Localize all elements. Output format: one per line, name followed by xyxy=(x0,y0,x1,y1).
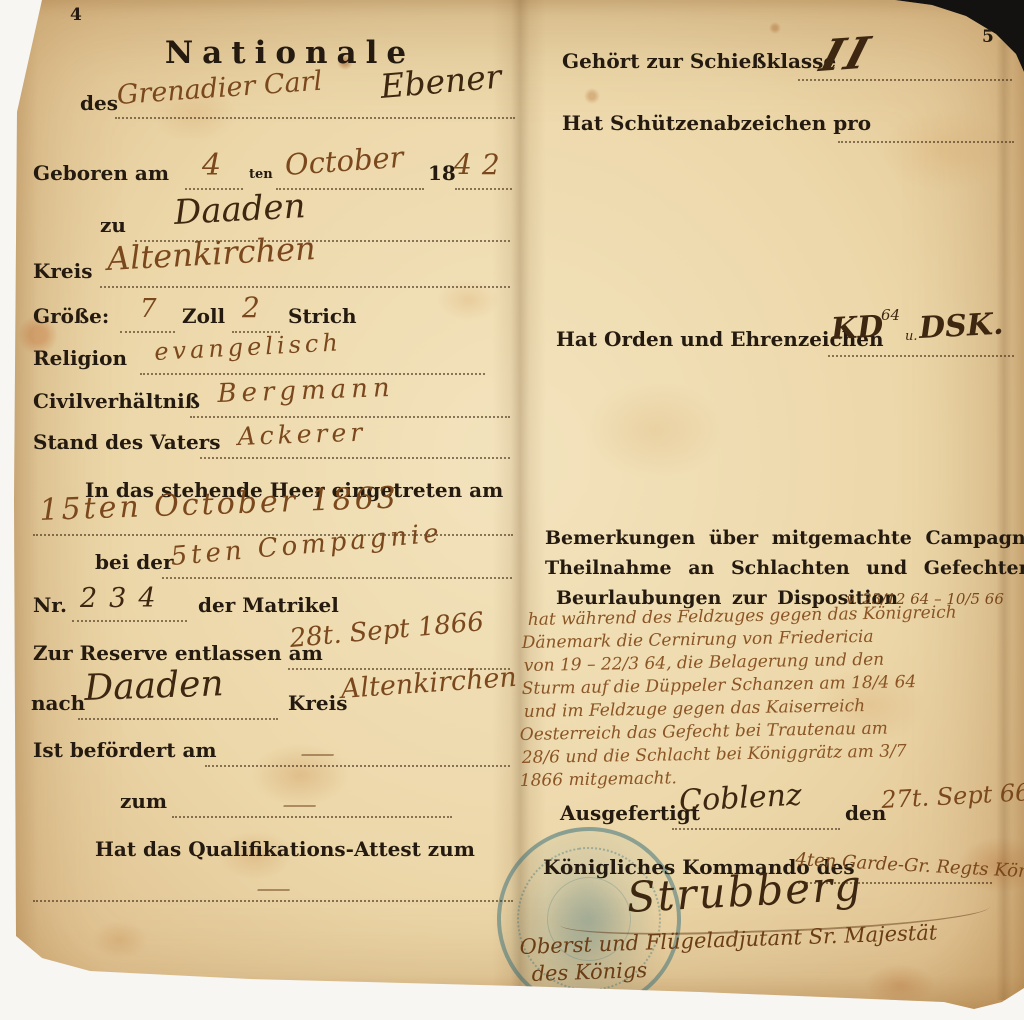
orden-mid: u. xyxy=(905,330,918,344)
dotted-rule xyxy=(72,619,187,622)
dotted-rule xyxy=(100,285,510,288)
remarks-line: 1866 mitgemacht. xyxy=(520,770,677,791)
dotted-rule xyxy=(78,717,278,720)
kreis-value: Altenkirchen xyxy=(106,232,316,276)
signature-title-line2: des Königs xyxy=(531,959,647,985)
scanned-document: 4 Nationale des Grenadier Carl Ebener Ge… xyxy=(0,0,1024,1020)
kreis-label: Kreis xyxy=(33,260,93,282)
dotted-rule xyxy=(672,827,840,830)
geboren-month: October xyxy=(284,142,405,181)
dotted-rule xyxy=(33,899,513,902)
page-number-left: 4 xyxy=(70,6,82,25)
page-title: Nationale xyxy=(150,36,430,70)
geboren-suffix: ten xyxy=(249,168,273,182)
matrikel-nr-label: Nr. xyxy=(33,594,67,616)
bemerkungen-line1: Bemerkungen über mitgemachte Campagnen, xyxy=(545,528,1015,549)
nach-kreis-label: Kreis xyxy=(288,692,348,714)
bemerkungen-line2: Theilnahme an Schlachten und Gefechten, xyxy=(545,558,1015,579)
attest-stroke: — xyxy=(256,881,291,898)
remarks-line: Dänemark die Cernirung von Friedericia xyxy=(522,629,874,653)
geboren-century: 18 xyxy=(428,162,456,184)
dotted-rule xyxy=(172,815,452,818)
groesse-label: Größe: xyxy=(33,305,109,327)
des-label: des xyxy=(80,92,118,114)
remarks-line: Oesterreich das Gefecht bei Trautenau am xyxy=(520,721,888,745)
attest-label: Hat das Qualifikations-Attest zum xyxy=(95,838,475,860)
schiessklasse-value: II xyxy=(815,31,877,80)
right-edge-crease xyxy=(996,40,1012,1000)
orden-kd-sup: 64 xyxy=(881,308,900,324)
ausgefertigt-place: Coblenz xyxy=(678,780,802,818)
den-label: den xyxy=(845,802,886,824)
passbook-spread: 4 Nationale des Grenadier Carl Ebener Ge… xyxy=(0,0,1024,1020)
civil-value: Bergmann xyxy=(217,375,395,408)
dotted-rule xyxy=(828,354,1014,357)
schiessklasse-label: Gehört zur Schießklasse xyxy=(562,50,836,72)
zum-label: zum xyxy=(120,790,167,812)
dotted-rule xyxy=(205,764,510,767)
des-value-rank: Grenadier Carl xyxy=(116,68,323,111)
groesse-zoll-value: 7 xyxy=(140,296,157,323)
dotted-rule xyxy=(455,187,512,190)
schuetzenabzeichen-label: Hat Schützenabzeichen pro xyxy=(562,112,871,134)
stand-label: Stand des Vaters xyxy=(33,431,220,453)
dotted-rule xyxy=(140,372,485,375)
dotted-rule xyxy=(115,116,515,119)
zu-label: zu xyxy=(100,214,126,236)
geboren-label: Geboren am xyxy=(33,162,169,184)
matrikel-value: 234 xyxy=(80,585,168,613)
remarks-line: hat während des Feldzuges gegen das Köni… xyxy=(528,605,957,630)
groesse-strich-value: 2 xyxy=(242,293,260,322)
dotted-rule xyxy=(200,456,510,459)
reserve-label: Zur Reserve entlassen am xyxy=(33,642,323,664)
zum-stroke: — xyxy=(282,797,317,814)
remarks-line: von 19 – 22/3 64, die Belagerung und den xyxy=(524,652,885,676)
remarks-line: 28/6 und die Schlacht bei Königgrätz am … xyxy=(522,743,907,768)
civil-label: Civilverhältniß xyxy=(33,390,200,412)
remarks-line: und im Feldzuge gegen das Kaiserreich xyxy=(524,698,866,722)
geboren-year: 42 xyxy=(454,150,510,179)
matrikel-rest-label: der Matrikel xyxy=(198,594,339,616)
orden-dsk: DSK. xyxy=(918,309,1004,345)
strich-label: Strich xyxy=(288,305,357,327)
dotted-rule xyxy=(120,330,175,333)
remarks-line: Sturm auf die Düppeler Schanzen am 18/4 … xyxy=(522,674,917,699)
religion-value: evangelisch xyxy=(154,330,343,365)
nach-label: nach xyxy=(31,692,85,714)
des-value-name: Ebener xyxy=(379,60,503,105)
orden-kd: KD xyxy=(830,311,884,345)
bei-der-label: bei der xyxy=(95,551,174,573)
dotted-rule xyxy=(162,576,512,579)
dotted-rule xyxy=(838,140,1014,143)
bei-der-value: 5ten Compagnie xyxy=(170,520,444,571)
nach-value: Daaden xyxy=(84,665,225,708)
zu-value: Daaden xyxy=(173,189,306,232)
befoerdert-label: Ist befördert am xyxy=(33,739,217,761)
befoerdert-stroke: — xyxy=(300,746,335,763)
zoll-label: Zoll xyxy=(182,305,225,327)
geboren-day: 4 xyxy=(202,150,221,182)
stand-value: Ackerer xyxy=(237,420,367,451)
religion-label: Religion xyxy=(33,347,127,369)
